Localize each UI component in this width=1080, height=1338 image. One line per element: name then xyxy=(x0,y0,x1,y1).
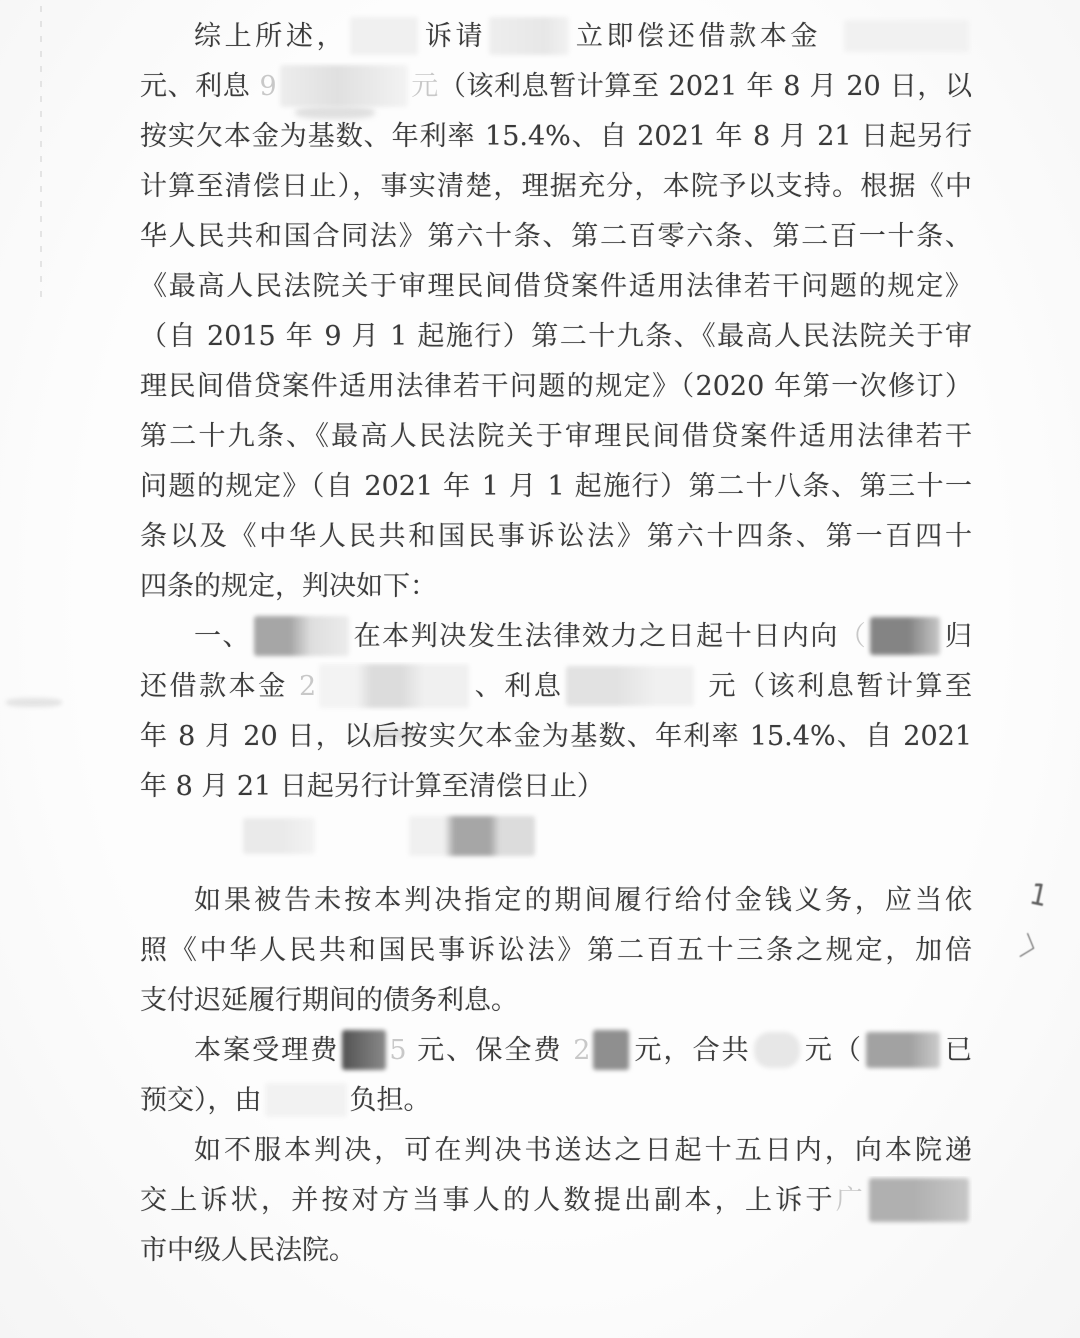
scan-edge-dashed-line xyxy=(40,6,42,306)
text-run: 在本判决发生法律效力之日起十日内向 xyxy=(352,621,839,652)
text-run: 元，合共 xyxy=(632,1035,750,1066)
text-run: 交上诉状，并按对方当事人的人数提出副本，上诉于 xyxy=(140,1185,836,1216)
text-run: 照《中华人民共和国民事诉讼法》第二百五十三条之规定，加倍 xyxy=(140,935,972,966)
judgment-line: 支付迟延履行期间的债务利息。 xyxy=(140,976,972,1026)
judgment-line: 理民间借贷案件适用法律若干问题的规定》（2020 年第一次修订） xyxy=(140,362,972,412)
text-run: 综上所述， xyxy=(194,21,347,52)
judgment-line: 如不服本判决，可在判决书送达之日起十五日内，向本院递 xyxy=(140,1126,972,1176)
redaction-r9 xyxy=(342,1030,386,1070)
redaction-r13 xyxy=(265,1083,347,1117)
judgment-line: 本案受理费5 元、保全费 2元，合共元（已 xyxy=(140,1026,972,1076)
judgment-line: （自 2015 年 9 月 1 起施行）第二十九条、《最高人民法院关于审 xyxy=(140,312,972,362)
judgment-line: 综上所述，诉请立即偿还借款本金 xyxy=(140,12,972,62)
judgment-line: 交上诉状，并按对方当事人的人数提出副本，上诉于广 xyxy=(140,1176,972,1226)
redaction-r7 xyxy=(319,664,469,708)
judgment-line: 如果被告未按本判决指定的期间履行给付金钱义务，应当依 xyxy=(140,876,972,926)
ghost-text: 2 xyxy=(573,1035,590,1066)
ghost-text: 2 xyxy=(299,671,316,702)
text-run: 问题的规定》（自 2021 年 1 月 1 起施行）第二十八条、第三十一 xyxy=(140,471,972,502)
redaction-r17a xyxy=(243,818,315,854)
scan-smudge xyxy=(6,698,62,707)
text-run: （自 2015 年 9 月 1 起施行）第二十九条、《最高人民法院关于审 xyxy=(140,321,972,352)
text-run: 元、利息 xyxy=(140,71,259,102)
text-run: 年 8 月 21 日起另行计算至清偿日止） xyxy=(140,771,604,802)
ghost-text: 元 xyxy=(411,71,439,102)
document-page: 综上所述，诉请立即偿还借款本金元、利息 9元（该利息暂计算至 2021 年 8 … xyxy=(0,0,1080,1338)
text-run: 元、保全费 xyxy=(407,1035,574,1066)
pen-mark-icon: 〉 xyxy=(1017,925,1055,970)
text-run: 、利息 xyxy=(472,671,563,702)
judgment-line: 华人民共和国合同法》第六十条、第二百零六条、第二百一十条、 xyxy=(140,212,972,262)
redaction-r3 xyxy=(844,20,969,52)
text-run: 计算至清偿日止），事实清楚，理据充分，本院予以支持。根据《中 xyxy=(140,171,972,202)
text-run: 市中级人民法院。 xyxy=(140,1235,356,1266)
pen-mark-icon: 1 xyxy=(1027,877,1051,914)
judgment-line: 还借款本金 2、利息 元（该利息暂计算至 2021 xyxy=(140,662,972,712)
redaction-r5 xyxy=(254,616,349,656)
spacer xyxy=(821,37,841,39)
text-run: 诉请 xyxy=(421,21,486,52)
judgment-line: 照《中华人民共和国民事诉讼法》第二百五十三条之规定，加倍 xyxy=(140,926,972,976)
text-run: 年 8 月 20 日，以后按实欠本金为基数、年利率 15.4%、自 2021 xyxy=(140,721,972,752)
ghost-text: 广 xyxy=(836,1185,866,1216)
text-run: 预交），由 xyxy=(140,1085,262,1116)
text-run: 已 xyxy=(943,1035,972,1066)
judgment-text-block: 综上所述，诉请立即偿还借款本金元、利息 9元（该利息暂计算至 2021 年 8 … xyxy=(140,12,972,1276)
text-run: 归 xyxy=(943,621,972,652)
text-run: 四条的规定，判决如下： xyxy=(140,571,437,602)
redaction-r11 xyxy=(754,1032,800,1068)
text-run: 条以及《中华人民共和国民事诉讼法》第六十四条、第一百四十 xyxy=(140,521,972,552)
text-run: 按实欠本金为基数、年利率 15.4%、自 2021 年 8 月 21 日起另行 xyxy=(140,121,972,152)
judgment-line: 第二十九条、《最高人民法院关于审理民间借贷案件适用法律若干 xyxy=(140,412,972,462)
redaction-r6 xyxy=(870,617,940,655)
ghost-text: 5 xyxy=(389,1035,406,1066)
judgment-line: 问题的规定》（自 2021 年 1 月 1 起施行）第二十八条、第三十一 xyxy=(140,462,972,512)
redacted-signature-line xyxy=(140,812,972,862)
redaction-r8 xyxy=(566,666,694,706)
text-run: 立即偿还借款本金 xyxy=(572,21,821,52)
judgment-line: 按实欠本金为基数、年利率 15.4%、自 2021 年 8 月 21 日起另行 xyxy=(140,112,972,162)
redaction-r10 xyxy=(593,1030,629,1070)
judgment-line: 条以及《中华人民共和国民事诉讼法》第六十四条、第一百四十 xyxy=(140,512,972,562)
redaction-r12 xyxy=(866,1032,940,1068)
text-run: 第二十九条、《最高人民法院关于审理民间借贷案件适用法律若干 xyxy=(140,421,972,452)
judgment-line: 计算至清偿日止），事实清楚，理据充分，本院予以支持。根据《中 xyxy=(140,162,972,212)
spacer xyxy=(318,837,406,839)
ghost-text: 9 xyxy=(259,71,276,102)
redaction-r14 xyxy=(869,1178,969,1222)
text-run: 理民间借贷案件适用法律若干问题的规定》（2020 年第一次修订） xyxy=(140,371,972,402)
judgment-line: 年 8 月 21 日起另行计算至清偿日止） xyxy=(140,762,972,812)
text-run: 《最高人民法院关于审理民间借贷案件适用法律若干问题的规定》 xyxy=(140,271,972,302)
judgment-line: 《最高人民法院关于审理民间借贷案件适用法律若干问题的规定》 xyxy=(140,262,972,312)
redaction-r1 xyxy=(350,17,418,55)
ghost-text: （ xyxy=(839,621,868,652)
text-run: 如不服本判决，可在判决书送达之日起十五日内，向本院递 xyxy=(194,1135,972,1166)
text-run: 还借款本金 xyxy=(140,671,299,702)
redaction-r2 xyxy=(489,17,569,55)
text-run: 支付迟延履行期间的债务利息。 xyxy=(140,985,518,1016)
text-run: 华人民共和国合同法》第六十条、第二百零六条、第二百一十条、 xyxy=(140,221,972,252)
text-run: 元（ xyxy=(803,1035,863,1066)
spacer xyxy=(140,837,240,839)
judgment-line: 四条的规定，判决如下： xyxy=(140,562,972,612)
judgment-line: 年 8 月 20 日，以后按实欠本金为基数、年利率 15.4%、自 2021 xyxy=(140,712,972,762)
judgment-line: 市中级人民法院。 xyxy=(140,1226,972,1276)
judgment-line: 元、利息 9元（该利息暂计算至 2021 年 8 月 20 日，以后 xyxy=(140,62,972,112)
text-run: 本案受理费 xyxy=(194,1035,339,1066)
judgment-line: 一、在本判决发生法律效力之日起十日内向（归 xyxy=(140,612,972,662)
text-run: 如果被告未按本判决指定的期间履行给付金钱义务，应当依 xyxy=(194,885,972,916)
redaction-r4 xyxy=(280,65,408,107)
judgment-line: 预交），由负担。 xyxy=(140,1076,972,1126)
redaction-r17b xyxy=(409,816,535,856)
text-run: 负担。 xyxy=(350,1085,431,1116)
text-run: 一、 xyxy=(194,621,251,652)
